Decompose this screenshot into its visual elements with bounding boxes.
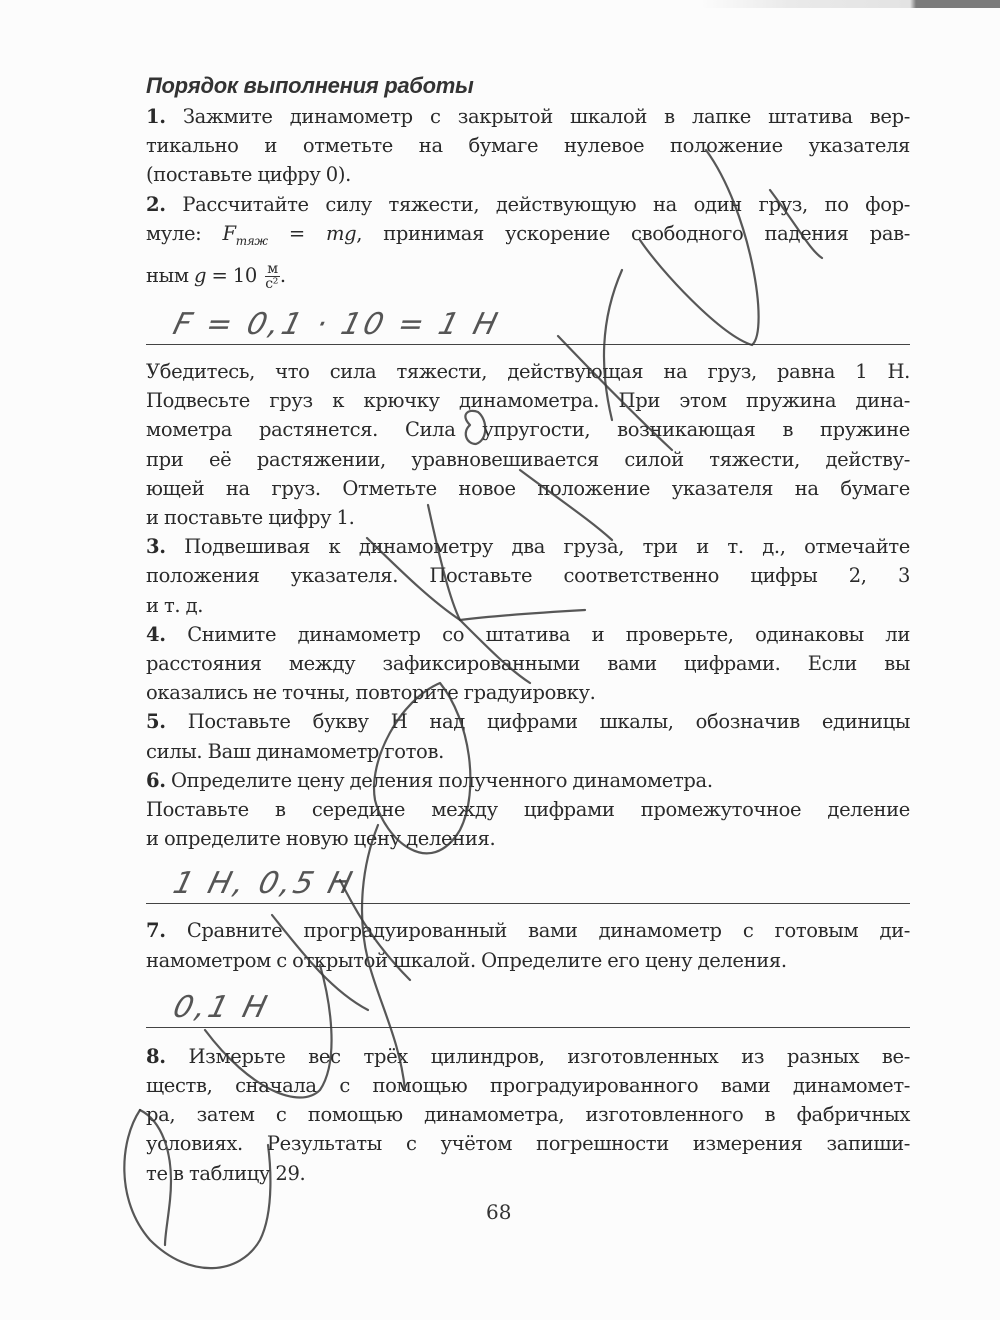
step-text: . [280, 264, 286, 287]
step-number: 6. [146, 769, 166, 792]
step-text: ным [146, 264, 194, 287]
step-text: намометром с открытой шкалой. Определите… [146, 949, 787, 972]
step-text: ра, затем с помощью динамометра, изготов… [146, 1103, 910, 1126]
step-8: 8. Измерьте вес трёх цилиндров, изготовл… [146, 1042, 910, 1188]
step-text: (поставьте цифру 0). [146, 163, 351, 186]
handwritten-answer: 1 Н, 0,5 Н [170, 866, 359, 901]
step-text: Подвесьте груз к крючку динамометра. При… [146, 389, 910, 412]
step-5: 5. Поставьте букву Н над цифрами шкалы, … [146, 707, 910, 765]
formula-subscript: тяж [236, 234, 268, 248]
step-text: ществ, сначала с помощью проградуированн… [146, 1074, 910, 1097]
step-4: 4. Снимите динамометр со штатива и прове… [146, 620, 910, 708]
formula-equals: = 10 [206, 264, 262, 287]
step-text: Зажмите динамометр с закрытой шкалой в л… [183, 105, 910, 128]
step-number: 2. [146, 193, 166, 216]
step-text: условиях. Результаты с учётом погрешност… [146, 1132, 910, 1155]
step-number: 4. [146, 623, 166, 646]
formula-f: F [223, 222, 236, 245]
step-text: Снимите динамометр со штатива и проверьт… [187, 623, 910, 646]
step-text: Измерьте вес трёх цилиндров, изготовленн… [189, 1045, 911, 1068]
answer-line-1[interactable]: F = 0,1 · 10 = 1 Н [146, 296, 910, 345]
step-text: Подвешивая к динамометру два груза, три … [184, 535, 910, 558]
formula-mg: = mg [268, 222, 357, 245]
step-number: 7. [146, 919, 166, 942]
step-text: ющей на груз. Отметьте новое положение у… [146, 477, 910, 500]
step-2-continued: Убедитесь, что сила тяжести, действующая… [146, 357, 910, 532]
step-text: оказались не точны, повторите градуировк… [146, 681, 595, 704]
step-7: 7. Сравните проградуированный вами динам… [146, 916, 910, 974]
step-text: расстояния между зафиксированными вами ц… [146, 652, 910, 675]
step-text: и определите новую цену деления. [146, 827, 495, 850]
step-text: и т. д. [146, 594, 203, 617]
step-1: 1. Зажмите динамометр с закрытой шкалой … [146, 102, 910, 190]
step-text: тикально и отметьте на бумаге нулевое по… [146, 134, 910, 157]
handwritten-answer: 0,1 Н [170, 990, 274, 1025]
step-number: 5. [146, 710, 166, 733]
section-title: Порядок выполнения работы [146, 70, 910, 102]
formula-force: Fтяж = mg [223, 222, 357, 245]
step-text: те в таблицу 29. [146, 1162, 305, 1185]
fraction-denominator: с² [265, 277, 280, 291]
step-text: силы. Ваш динамометр готов. [146, 740, 444, 763]
page-number: 68 [486, 1200, 511, 1224]
answer-line-6[interactable]: 1 Н, 0,5 Н [146, 853, 910, 904]
step-text: , принимая ускорение свободного падения … [356, 222, 910, 245]
step-6: 6. Определите цену деления полученного д… [146, 766, 910, 854]
step-3: 3. Подвешивая к динамометру два груза, т… [146, 532, 910, 620]
step-text: мометра растянется. Сила упругости, возн… [146, 418, 910, 441]
step-text: муле: [146, 222, 223, 245]
step-text: Сравните проградуированный вами динамоме… [187, 919, 910, 942]
fraction-numerator: м [265, 262, 280, 277]
answer-line-7[interactable]: 0,1 Н [146, 975, 910, 1028]
formula-g: g [194, 264, 206, 287]
step-number: 3. [146, 535, 166, 558]
step-text: и поставьте цифру 1. [146, 506, 354, 529]
handwritten-answer: F = 0,1 · 10 = 1 Н [170, 307, 504, 342]
scan-edge-shadow [700, 0, 1000, 8]
fraction-units: мс² [265, 262, 280, 291]
step-text: положения указателя. Поставьте соответст… [146, 564, 910, 587]
step-text: Поставьте в середине между цифрами проме… [146, 798, 910, 821]
step-number: 1. [146, 105, 166, 128]
step-2: 2. Рассчитайте силу тяжести, действующую… [146, 190, 910, 296]
step-text: Убедитесь, что сила тяжести, действующая… [146, 360, 910, 383]
step-number: 8. [146, 1045, 166, 1068]
step-text: Поставьте букву Н над цифрами шкалы, обо… [188, 710, 910, 733]
step-text: Определите цену деления полученного дина… [171, 769, 713, 792]
step-text: при её растяжении, уравновешивается сило… [146, 448, 910, 471]
document-page: Порядок выполнения работы 1. Зажмите дин… [146, 70, 910, 1188]
step-text: Рассчитайте силу тяжести, действующую на… [182, 193, 910, 216]
